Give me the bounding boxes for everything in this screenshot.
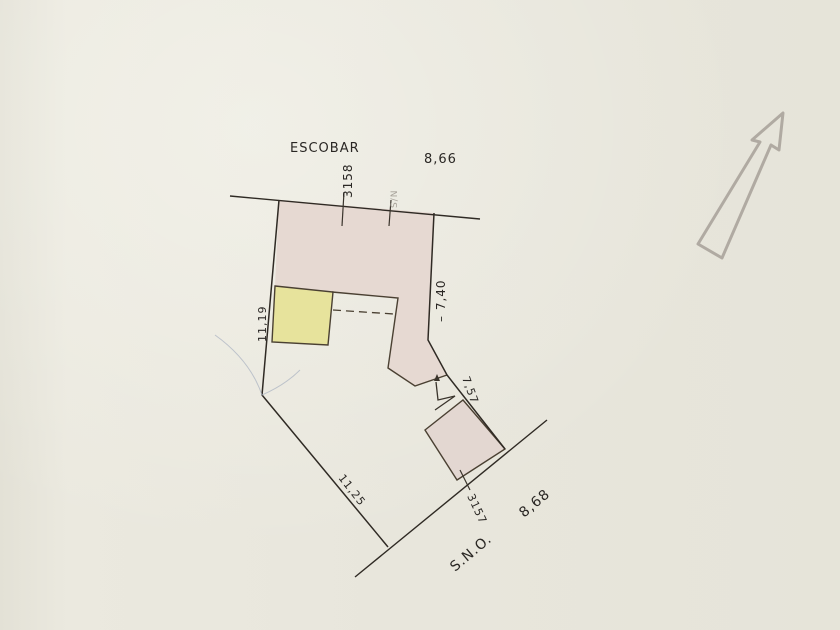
site-plan-drawing: ESCOBAR 8,66 3158 S/N – 7,40 7,57 11,19 … [0,0,840,630]
dashed-line [333,310,394,314]
built-area-lower [425,400,505,480]
dim-front-bottom: 3157 [464,492,489,526]
street-width-top: 8,66 [424,152,457,167]
dim-front-top-secondary: S/N [390,190,400,208]
plan-sheet: ESCOBAR 8,66 3158 S/N – 7,40 7,57 11,19 … [0,0,840,630]
street-name-bottom: S.N.O. [447,531,495,575]
dim-right-side: – 7,40 [434,279,448,322]
street-name-top: ESCOBAR [290,141,360,156]
dim-left-side: 11,19 [256,306,269,343]
entrance-arrow-icon [435,382,455,410]
yellow-area [272,286,333,345]
street-width-bottom: 8,68 [516,486,553,521]
dim-front-top: 3158 [341,163,355,198]
pencil-arc [215,335,300,395]
north-arrow-icon [698,113,783,258]
